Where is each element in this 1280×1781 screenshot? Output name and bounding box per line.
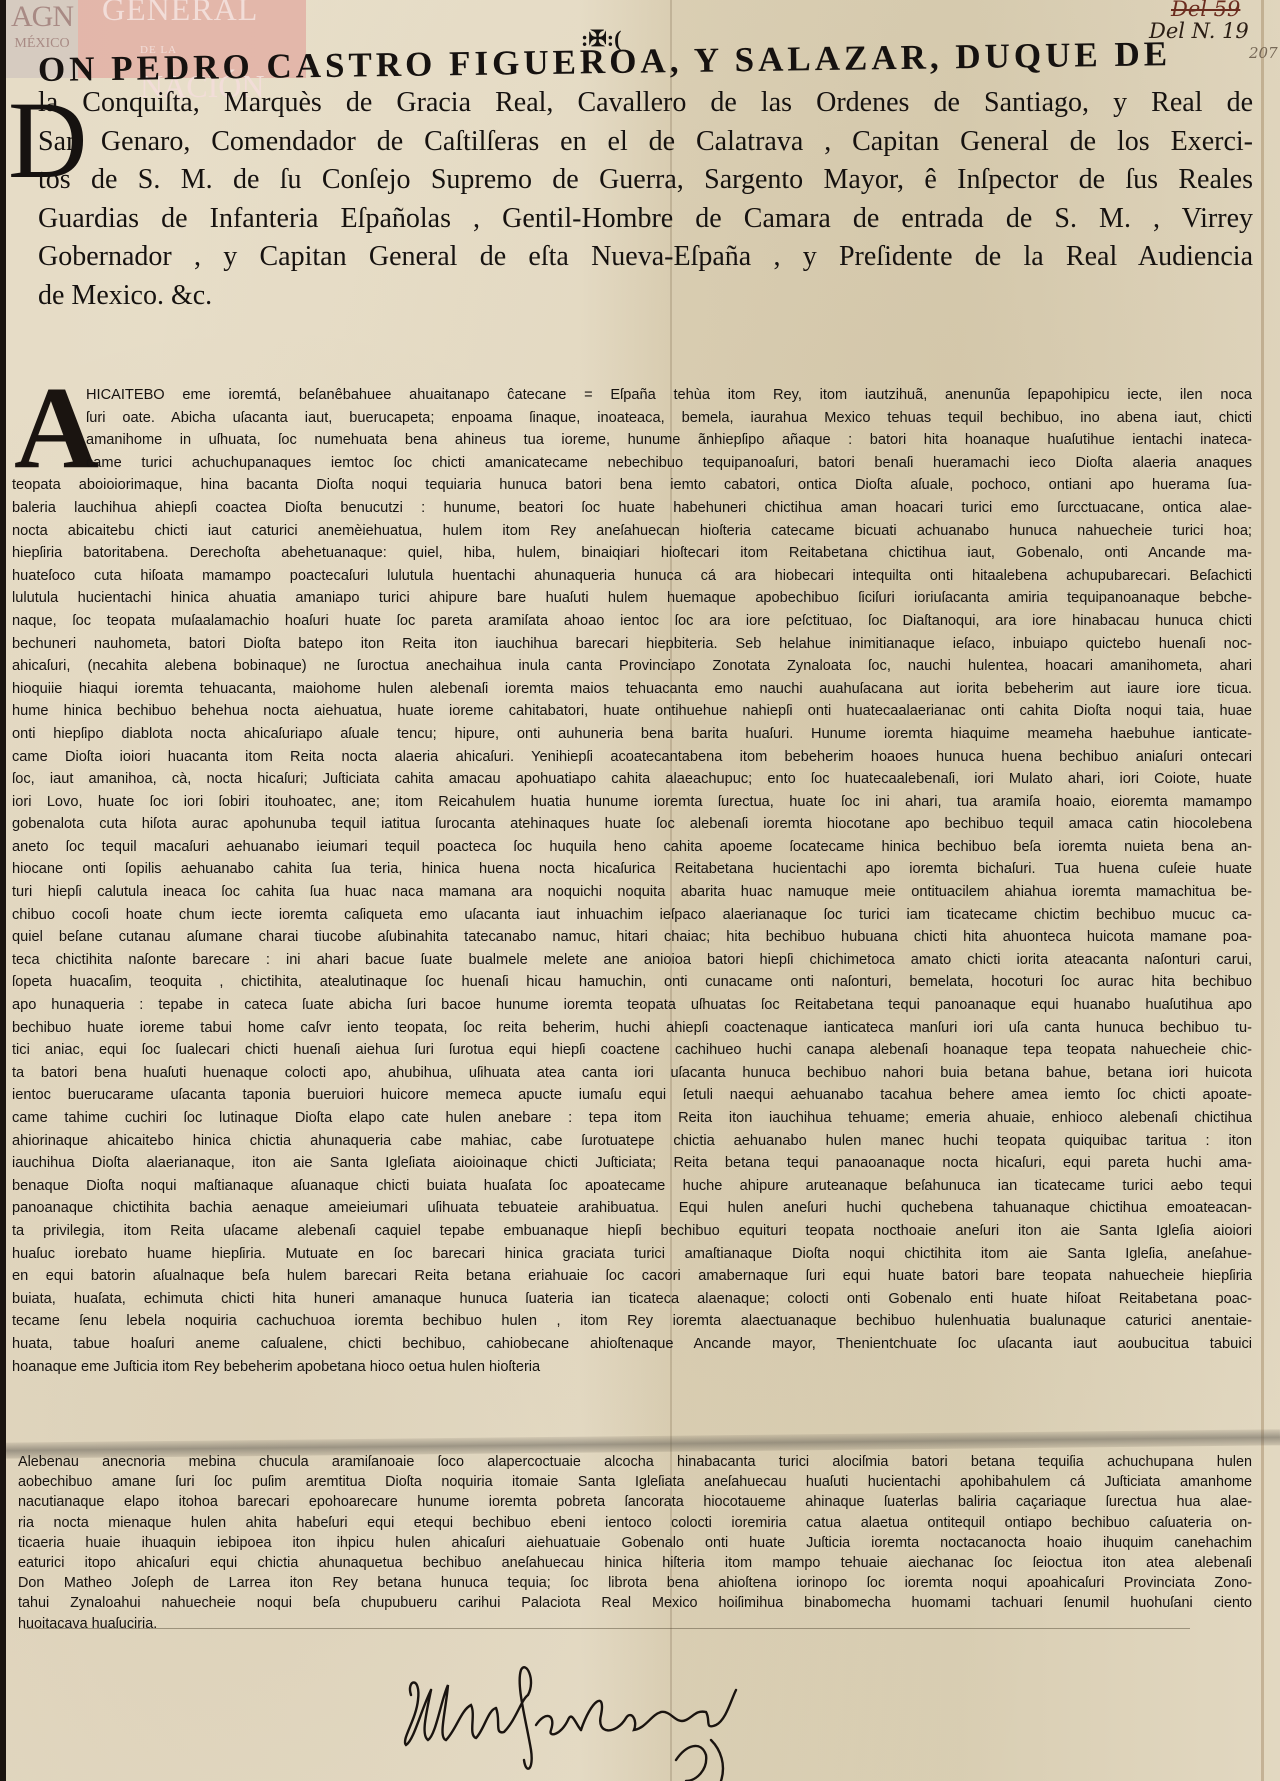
lower-line: nacutianaque elapo itohoa barecari epoho… (18, 1492, 1252, 1512)
right-edge-fold (1261, 0, 1264, 1781)
body-line: hiepſiria batoritabena. Derechoſta abehe… (12, 542, 1252, 565)
body-line: onti hiepſipo diablota nocta ahicaſuriap… (12, 723, 1252, 746)
agn-logo-top: AGN (6, 0, 78, 34)
body-line: apo hunaqueria : tepabe in cateca ſuate … (12, 994, 1252, 1017)
body-line: huata, tabue hoaſuri aneme caſualene, ch… (12, 1333, 1252, 1356)
body-line: panoanaque chictihita bachia aenaque ame… (12, 1197, 1252, 1220)
body-line: came Dioſta ioiori huacanta itom Reita n… (12, 746, 1252, 769)
lower-line: ria nocta mienaque hulen ahita habeſuri … (18, 1513, 1252, 1533)
lower-line: aobechibuo amane ſuri ſoc puſim aremtitu… (18, 1472, 1252, 1492)
body-line: quiel beſane cutanau aſumane charai tiuc… (12, 926, 1252, 949)
lower-line: huoitacava huaſuciria. (18, 1614, 1252, 1634)
body-line: buiata, huaſata, echimuta chicti hita hu… (12, 1288, 1252, 1311)
body-line: lulutula hucientachi hinica ahuatia aman… (12, 587, 1252, 610)
body-line: bechuneri nauhometa, batori Dioſta batep… (12, 633, 1252, 656)
document-sheet: AGN MÉXICO GENERAL DE LA NACIÓN :✠:( Del… (6, 0, 1280, 1781)
heading-line: de Mexico. &c. (38, 277, 1253, 316)
body-line: came turici achuchupanaques iemtoc ſoc c… (12, 452, 1252, 475)
lower-section-text: Alebenau anecnoria mebina chucula aramiſ… (18, 1452, 1252, 1634)
body-line: gobenalota cuta hiſota aurac apohunuba t… (12, 813, 1252, 836)
heading-line: Guardias de Infanteria Eſpañolas , Genti… (38, 200, 1253, 239)
heading-line: la Conquiſta, Marquès de Gracia Real, Ca… (38, 84, 1253, 123)
heading-line: Gobernador , y Capitan General de eſta N… (38, 238, 1253, 277)
lower-line: Don Matheo Joſeph de Larrea iton Rey bet… (18, 1573, 1252, 1593)
body-line: benaque Dioſta noqui maſtianaque aſuanaq… (12, 1175, 1252, 1198)
body-line: turi hiepſi calutula ineaca ſoc cahita ſ… (12, 881, 1252, 904)
body-line: ſuri oate. Abicha uſacanta iaut, bueruca… (12, 407, 1252, 430)
body-line: tecame ſenu lebela noquiria cachuchuoa i… (12, 1310, 1252, 1333)
body-line: came tahime cuchiri ſoc lutinaque Dioſta… (12, 1107, 1252, 1130)
body-line: ientoc buerucarame uſacanta taponia buer… (12, 1084, 1252, 1107)
body-line: iauchihua Dioſta alaerianaque, iton aie … (12, 1152, 1252, 1175)
archive-name-line1: GENERAL (102, 0, 306, 24)
body-line: hioquiie hiaqui ioremta tehuacanta, maio… (12, 678, 1252, 701)
body-line: naque, ſoc teopata muſaalamachio hoaſuri… (12, 610, 1252, 633)
body-line: aneto ſoc tequil macaſuri aehuanabo ieiu… (12, 836, 1252, 859)
heading-line: San Genaro, Comendador de Caſtilſeras en… (38, 123, 1253, 162)
body-text: HICAITEBO eme ioremtá, beſanêbahuee ahua… (12, 384, 1252, 1378)
body-line: iori Lovo, huate ſoc iori ſobiri itouhoa… (12, 791, 1252, 814)
body-line: amanihome in uſhuata, ſoc numehuata bena… (12, 429, 1252, 452)
body-line: hoanaque eme Juſticia itom Rey bebeherim… (12, 1356, 1252, 1379)
body-line: ahicaſuri, (necahita alebena bobinaque) … (12, 655, 1252, 678)
body-line: teca chictihita naſonte barecare : ini a… (12, 949, 1252, 972)
body-line: HICAITEBO eme ioremtá, beſanêbahuee ahua… (12, 384, 1252, 407)
body-line: tici aniac, equi ſoc ſualecari chicti hu… (12, 1039, 1252, 1062)
body-line: ta privilegia, itom Reita uſacame aleben… (12, 1220, 1252, 1243)
shelfmark-struck: Del 59 (1149, 0, 1278, 20)
body-line: hume hinica bechibuo behehua nocta aiehu… (12, 700, 1252, 723)
body-line: baleria lauchihua ahiepſi coactea Dioſta… (12, 497, 1252, 520)
body-line: ahiorinaque ahicaitebo hinica chictia ah… (12, 1130, 1252, 1153)
body-line: ta batori bena huaſuti huenaque colocti … (12, 1062, 1252, 1085)
signature-icon (376, 1640, 796, 1781)
body-line: en equi batorin aſualnaque beſa hulem ba… (12, 1265, 1252, 1288)
heading-titles: la Conquiſta, Marquès de Gracia Real, Ca… (38, 84, 1253, 315)
heading-line: tos de S. M. de ſu Conſejo Supremo de Gu… (38, 161, 1253, 200)
lower-line: ticaeria huaie ihuaquin iebipoea iton ih… (18, 1533, 1252, 1553)
lower-line: tahui Zynaloahui nahuecheie noqui beſa c… (18, 1593, 1252, 1613)
body-line: ſoc, iaut amanihoa, cà, nocta hicaſuri; … (12, 768, 1252, 791)
body-line: teopata aboioiorimaque, hina bacanta Dio… (12, 474, 1252, 497)
body-line: ſopeta huacaſim, teoquita , chictihita, … (12, 971, 1252, 994)
body-line: chibuo cocoſi hoate chum iecte ioremta c… (12, 904, 1252, 927)
body-line: huaſuc iorebato huame hiepſiria. Mutuate… (12, 1243, 1252, 1266)
body-line: nocta abicaitebu chicti iaut caturici an… (12, 520, 1252, 543)
body-line: huateſoco cuta hiſoata mamampo poactecaſ… (12, 565, 1252, 588)
body-line: bechibuo huate ioreme tabui home caſvr i… (12, 1017, 1252, 1040)
lower-line: Alebenau anecnoria mebina chucula aramiſ… (18, 1452, 1252, 1472)
lower-line: eaturici itopo ahicaſuri equi chictia ah… (18, 1553, 1252, 1573)
body-line: hiocane onti ſopilis aehuanabo cahita ſu… (12, 858, 1252, 881)
